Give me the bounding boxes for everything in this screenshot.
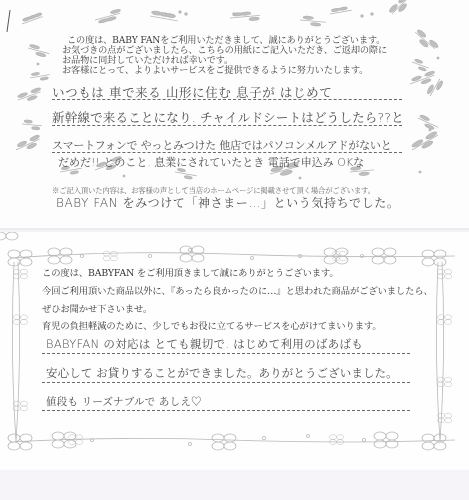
card-bottom-margin [0,470,469,500]
comment-line: BABYFAN の対応は とても親切で. はじめて利用のばあばも [42,334,410,354]
feedback-card-leaf-design: この度は、BABY FANをご利用いただきまして、誠にありがとうございます。 お… [0,0,469,228]
comment-text: スマートフォンで やっとみつけた 他店ではパソコンメルアドがないと [52,137,392,153]
scan-mark [6,10,10,32]
comment-text: BABYFAN の対応は とても親切で. はじめて利用のばあばも [46,336,363,352]
intro-text-line: この度は、BABYFAN をご利用頂きまして誠にありがとうございます。 [42,265,339,279]
comment-text: 安心して お貸りすることができました。ありがとうございました。 [46,365,398,381]
comment-line: 安心して お貸りすることができました。ありがとうございました。 [42,362,410,383]
comment-line: 値段も リーズナブルで あしえ♡ [42,392,410,411]
intro-text-line: 今回ご利用頂いた商品以外に、『あったら良かったのに…』と思われた商品がございまし… [42,283,433,297]
comment-text: だめだ!! とのこと. 息業にされていたとき 電話で申込み OKな [58,154,364,170]
intro-text-line: ぜひお聞かせ下さいませ。 [42,301,152,315]
comment-line: だめだ!! とのこと. 息業にされていたとき 電話で申込み OKな [52,153,402,170]
comment-line: スマートフォンで やっとみつけた 他店ではパソコンメルアドがないと [52,136,402,153]
comment-footer-text: BABY FAN をみつけて「神さまー…」という気持ちでした。 [56,194,399,211]
comment-text: 新幹線で来ることになり. チャイルドシートはどうしたら??と [52,108,404,126]
comment-text: 値段も リーズナブルで あしえ♡ [46,394,202,409]
intro-text-line: お客様にとって、よりよいサービスをご提供できるように努力いたします。 [62,66,368,77]
comment-line: 新幹線で来ることになり. チャイルドシートはどうしたら??と [52,106,402,126]
comment-text: いつもは 車で来る 山形に住む 息子が はじめて [52,83,332,101]
comment-line: いつもは 車で来る 山形に住む 息子が はじめて [52,82,402,100]
intro-text-line: 育児の負担軽減のために、少しでもお役に立てるサービスを心がけてまいります。 [42,318,382,332]
